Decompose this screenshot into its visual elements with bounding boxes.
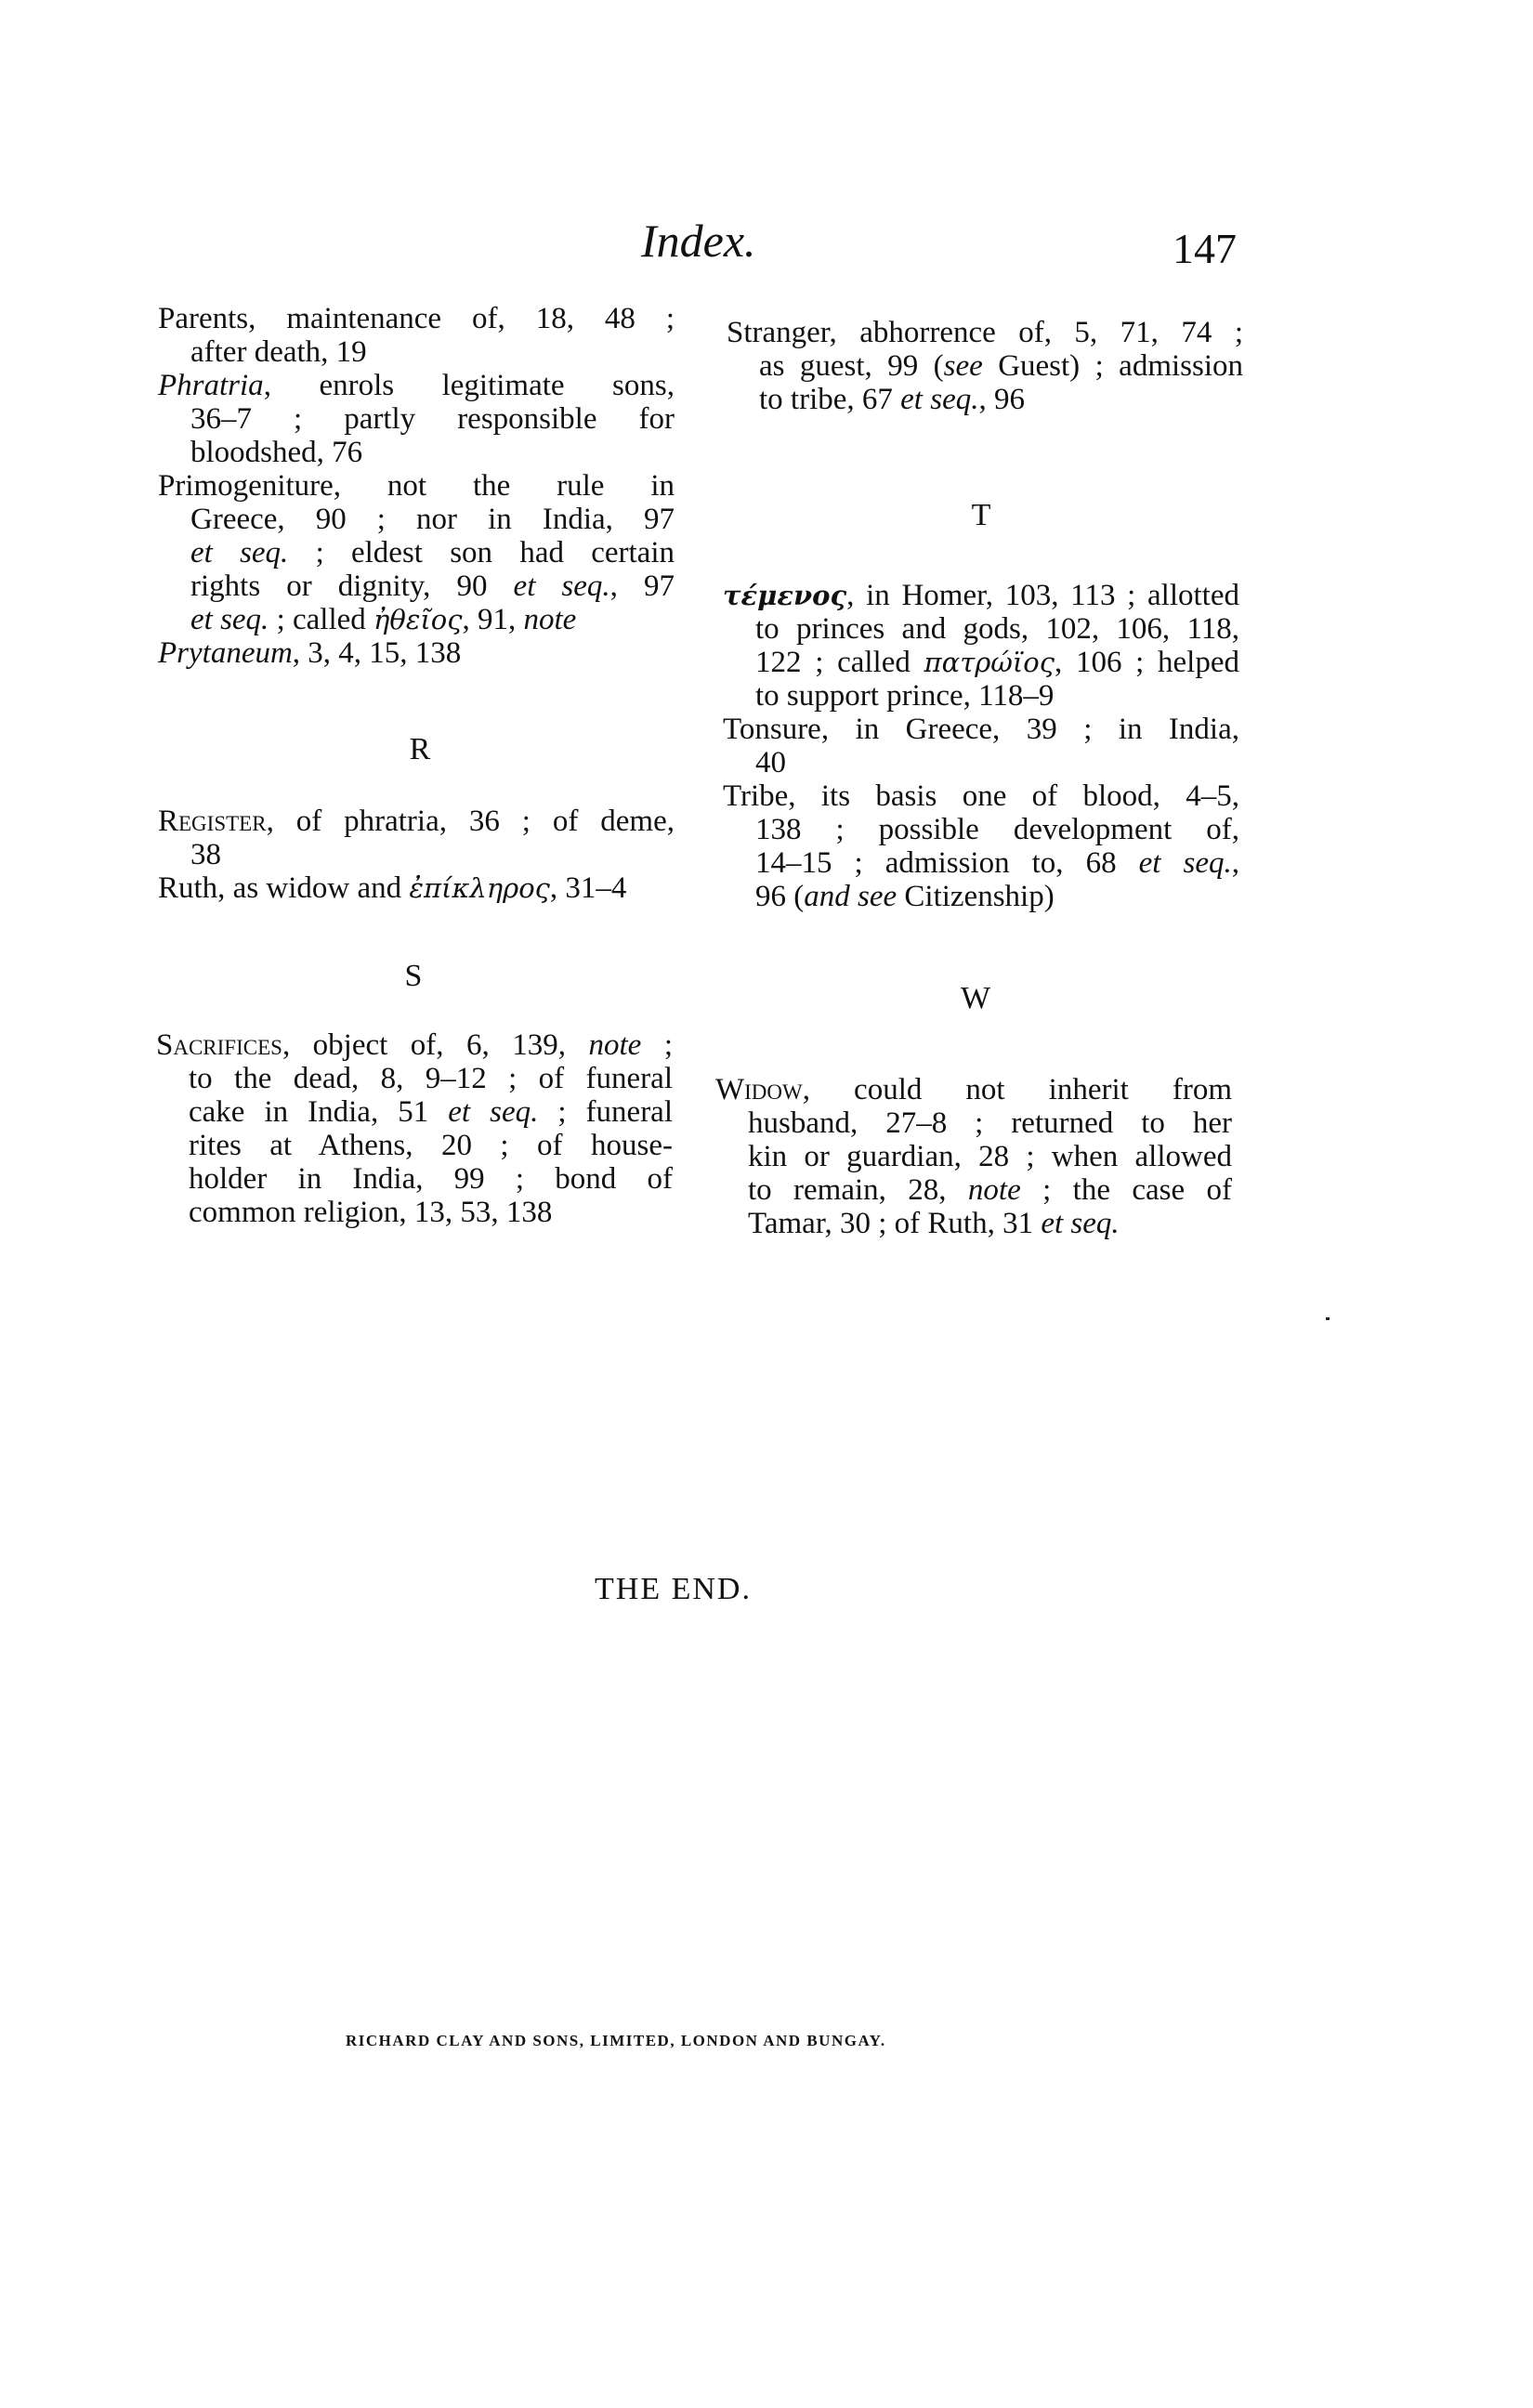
index-entry-continuation-line: rights or dignity, 90 et seq., 97 [158,569,675,603]
section-letter-w: W [957,983,994,1014]
index-entry-heading-line: Phratria, enrols legitimate sons, [158,369,675,402]
index-entry: Primogeniture, not the rule inGreece, 90… [158,469,675,636]
text: ; funeral [538,1095,673,1129]
text: 122 ; called [755,646,924,679]
text: holder in India, 99 ; bond of [189,1162,673,1196]
index-entry-continuation-line: to remain, 28, note ; the case of [715,1173,1232,1207]
index-entry-continuation-line: et seq. ; eldest son had certain [158,536,675,569]
text: kin or guardian, 28 ; when allowed [748,1140,1232,1173]
index-entry-continuation-line: 14–15 ; admission to, 68 et seq., [723,846,1239,880]
index-entry-continuation-line: bloodshed, 76 [158,436,675,469]
index-entry-heading-line: τέμενος, in Homer, 103, 113 ; allotted [723,579,1239,612]
index-entry-heading-line: Sacrifices, object of, 6, 139, note ; [156,1028,673,1062]
index-entry-heading-line: Tonsure, in Greece, 39 ; in India, [723,713,1239,746]
italic-text: et seq. [190,536,288,569]
text: Tamar, 30 ; of Ruth, 31 [748,1207,1041,1240]
text: , of phratria, 36 ; of deme, [267,805,675,838]
italic-text: et seq. [448,1095,538,1129]
text: , 96 [978,383,1025,416]
italic-text: et seq. [190,603,269,636]
text: Citizenship) [897,880,1055,913]
section-t-entries: τέμενος, in Homer, 103, 113 ; allottedto… [723,579,1239,913]
section-letter-t: T [963,500,1000,531]
text: Parents, maintenance of, 18, 48 ; [158,302,675,335]
italic-text: Phratria [158,369,264,402]
text: 38 [190,838,221,871]
index-entry-continuation-line: to support prince, 118–9 [723,679,1239,713]
italic-text: et seq. [1139,846,1232,880]
text: 14–15 ; admission to, 68 [755,846,1139,880]
section-letter-s: S [395,961,432,992]
index-entry: Sacrifices, object of, 6, 139, note ;to … [156,1028,673,1229]
text: , [1232,846,1239,880]
text: common religion, 13, 53, 138 [189,1196,552,1229]
text: to remain, 28, [748,1173,968,1207]
index-entry-continuation-line: rites at Athens, 20 ; of house- [156,1129,673,1162]
greek-term: πατρώϊος [924,647,1055,678]
text: cake in India, 51 [189,1095,448,1129]
index-entry-heading-line: Register, of phratria, 36 ; of deme, [158,805,675,838]
index-entry-heading-line: Widow, could not inherit from [715,1073,1232,1106]
italic-text: note [968,1173,1021,1207]
text: Primogeniture, not the rule in [158,469,675,503]
index-entry: Stranger, abhorrence of, 5, 71, 74 ;as g… [727,316,1243,416]
text: as guest, 99 ( [759,349,944,383]
text: Greece, 90 ; nor in India, 97 [190,503,675,536]
index-entry-continuation-line: et seq. ; called ἠθεῖος, 91, note [158,603,675,636]
text: , 106 ; helped [1055,646,1239,679]
printer-imprint: RICHARD CLAY AND SONS, LIMITED, LONDON A… [346,2033,886,2048]
index-entry-continuation-line: to the dead, 8, 9–12 ; of funeral [156,1062,673,1095]
text: , could not inherit from [803,1073,1232,1106]
text: bloodshed, 76 [190,436,362,469]
italic-text: et seq. [514,569,610,603]
section-r-entries: Register, of phratria, 36 ; of deme,38Ru… [158,805,675,905]
index-entry: Tonsure, in Greece, 39 ; in India,40 [723,713,1239,779]
text: , in Homer, 103, 113 ; allotted [846,579,1239,612]
index-entry-continuation-line: 38 [158,838,675,871]
text: to the dead, 8, 9–12 ; of funeral [189,1062,673,1095]
italic-text: note [589,1028,642,1062]
index-entry-continuation-line: to tribe, 67 et seq., 96 [727,383,1243,416]
index-entry-heading-line: Stranger, abhorrence of, 5, 71, 74 ; [727,316,1243,349]
text: 96 ( [755,880,804,913]
text: , 97 [610,569,675,603]
left-column-top: Parents, maintenance of, 18, 48 ;after d… [158,302,675,670]
text: 36–7 ; partly responsible for [190,402,675,436]
section-s-entries: Sacrifices, object of, 6, 139, note ;to … [156,1028,673,1229]
index-entry-continuation-line: common religion, 13, 53, 138 [156,1196,673,1229]
text: ; [641,1028,673,1062]
text: to tribe, 67 [759,383,900,416]
text: Tribe, its basis one of blood, 4–5, [723,779,1239,813]
index-entry: Register, of phratria, 36 ; of deme,38 [158,805,675,871]
small-caps-headword: Widow [715,1073,803,1106]
index-entry: Prytaneum, 3, 4, 15, 138 [158,636,675,670]
the-end: THE END. [595,1574,752,1605]
index-entry-continuation-line: 96 (and see Citizenship) [723,880,1239,913]
index-entry-continuation-line: holder in India, 99 ; bond of [156,1162,673,1196]
index-entry-continuation-line: kin or guardian, 28 ; when allowed [715,1140,1232,1173]
text: , 31–4 [550,871,627,905]
text: 40 [755,746,786,779]
greek-term: τέμενος [723,580,846,611]
index-entry: Ruth, as widow and ἐπίκληρος, 31–4 [158,871,675,905]
index-entry-continuation-line: 40 [723,746,1239,779]
text: , 91, [462,603,523,636]
index-entry-heading-line: Primogeniture, not the rule in [158,469,675,503]
running-title: Index. [641,217,756,264]
index-entry-continuation-line: to princes and gods, 102, 106, 118, [723,612,1239,646]
index-entry-continuation-line: Tamar, 30 ; of Ruth, 31 et seq. [715,1207,1232,1240]
text: rights or dignity, 90 [190,569,514,603]
text: Ruth, as widow and [158,871,409,905]
italic-text: see [944,349,983,383]
text: after death, 19 [190,335,367,369]
index-entry-continuation-line: 138 ; possible development of, [723,813,1239,846]
index-entry: Phratria, enrols legitimate sons,36–7 ; … [158,369,675,469]
index-entry-continuation-line: 122 ; called πατρώϊος, 106 ; helped [723,646,1239,679]
scan-speck [1326,1317,1330,1320]
index-entry-continuation-line: after death, 19 [158,335,675,369]
italic-text: and see [804,880,897,913]
text: Stranger, abhorrence of, 5, 71, 74 ; [727,316,1243,349]
text: , 3, 4, 15, 138 [293,636,462,670]
index-entry-continuation-line: Greece, 90 ; nor in India, 97 [158,503,675,536]
text: to support prince, 118–9 [755,679,1054,713]
index-entry-continuation-line: 36–7 ; partly responsible for [158,402,675,436]
text: ; eldest son had certain [288,536,675,569]
small-caps-headword: Sacrifices [156,1028,282,1062]
index-entry-heading-line: Tribe, its basis one of blood, 4–5, [723,779,1239,813]
index-entry: Widow, could not inherit fromhusband, 27… [715,1073,1232,1240]
section-w-entries: Widow, could not inherit fromhusband, 27… [715,1073,1232,1240]
greek-term: ἐπίκληρος [409,872,550,904]
italic-text: note [523,603,576,636]
text: ; called [269,603,373,636]
text: Guest) ; admission [983,349,1243,383]
index-entry-heading-line: Parents, maintenance of, 18, 48 ; [158,302,675,335]
text: , object of, 6, 139, [282,1028,589,1062]
index-entry-heading-line: Ruth, as widow and ἐπίκληρος, 31–4 [158,871,675,905]
text: rites at Athens, 20 ; of house- [189,1129,673,1162]
text: 138 ; possible development of, [755,813,1239,846]
text: husband, 27–8 ; returned to her [748,1106,1232,1140]
text: Tonsure, in Greece, 39 ; in India, [723,713,1239,746]
index-entry-continuation-line: as guest, 99 (see Guest) ; admission [727,349,1243,383]
right-column-top: Stranger, abhorrence of, 5, 71, 74 ;as g… [727,316,1243,416]
index-entry-heading-line: Prytaneum, 3, 4, 15, 138 [158,636,675,670]
index-entry: Tribe, its basis one of blood, 4–5,138 ;… [723,779,1239,913]
small-caps-headword: Register [158,805,267,838]
index-entry-continuation-line: cake in India, 51 et seq. ; funeral [156,1095,673,1129]
index-entry: τέμενος, in Homer, 103, 113 ; allottedto… [723,579,1239,713]
index-entry-continuation-line: husband, 27–8 ; returned to her [715,1106,1232,1140]
index-entry: Parents, maintenance of, 18, 48 ;after d… [158,302,675,369]
text: to princes and gods, 102, 106, 118, [755,612,1239,646]
text: , enrols legitimate sons, [264,369,675,402]
section-letter-r: R [401,734,439,766]
italic-text: Prytaneum [158,636,293,670]
greek-term: ἠθεῖος [373,604,462,635]
italic-text: et seq. [1041,1207,1119,1240]
page-number: 147 [1173,228,1237,270]
text: ; the case of [1021,1173,1232,1207]
italic-text: et seq. [900,383,978,416]
